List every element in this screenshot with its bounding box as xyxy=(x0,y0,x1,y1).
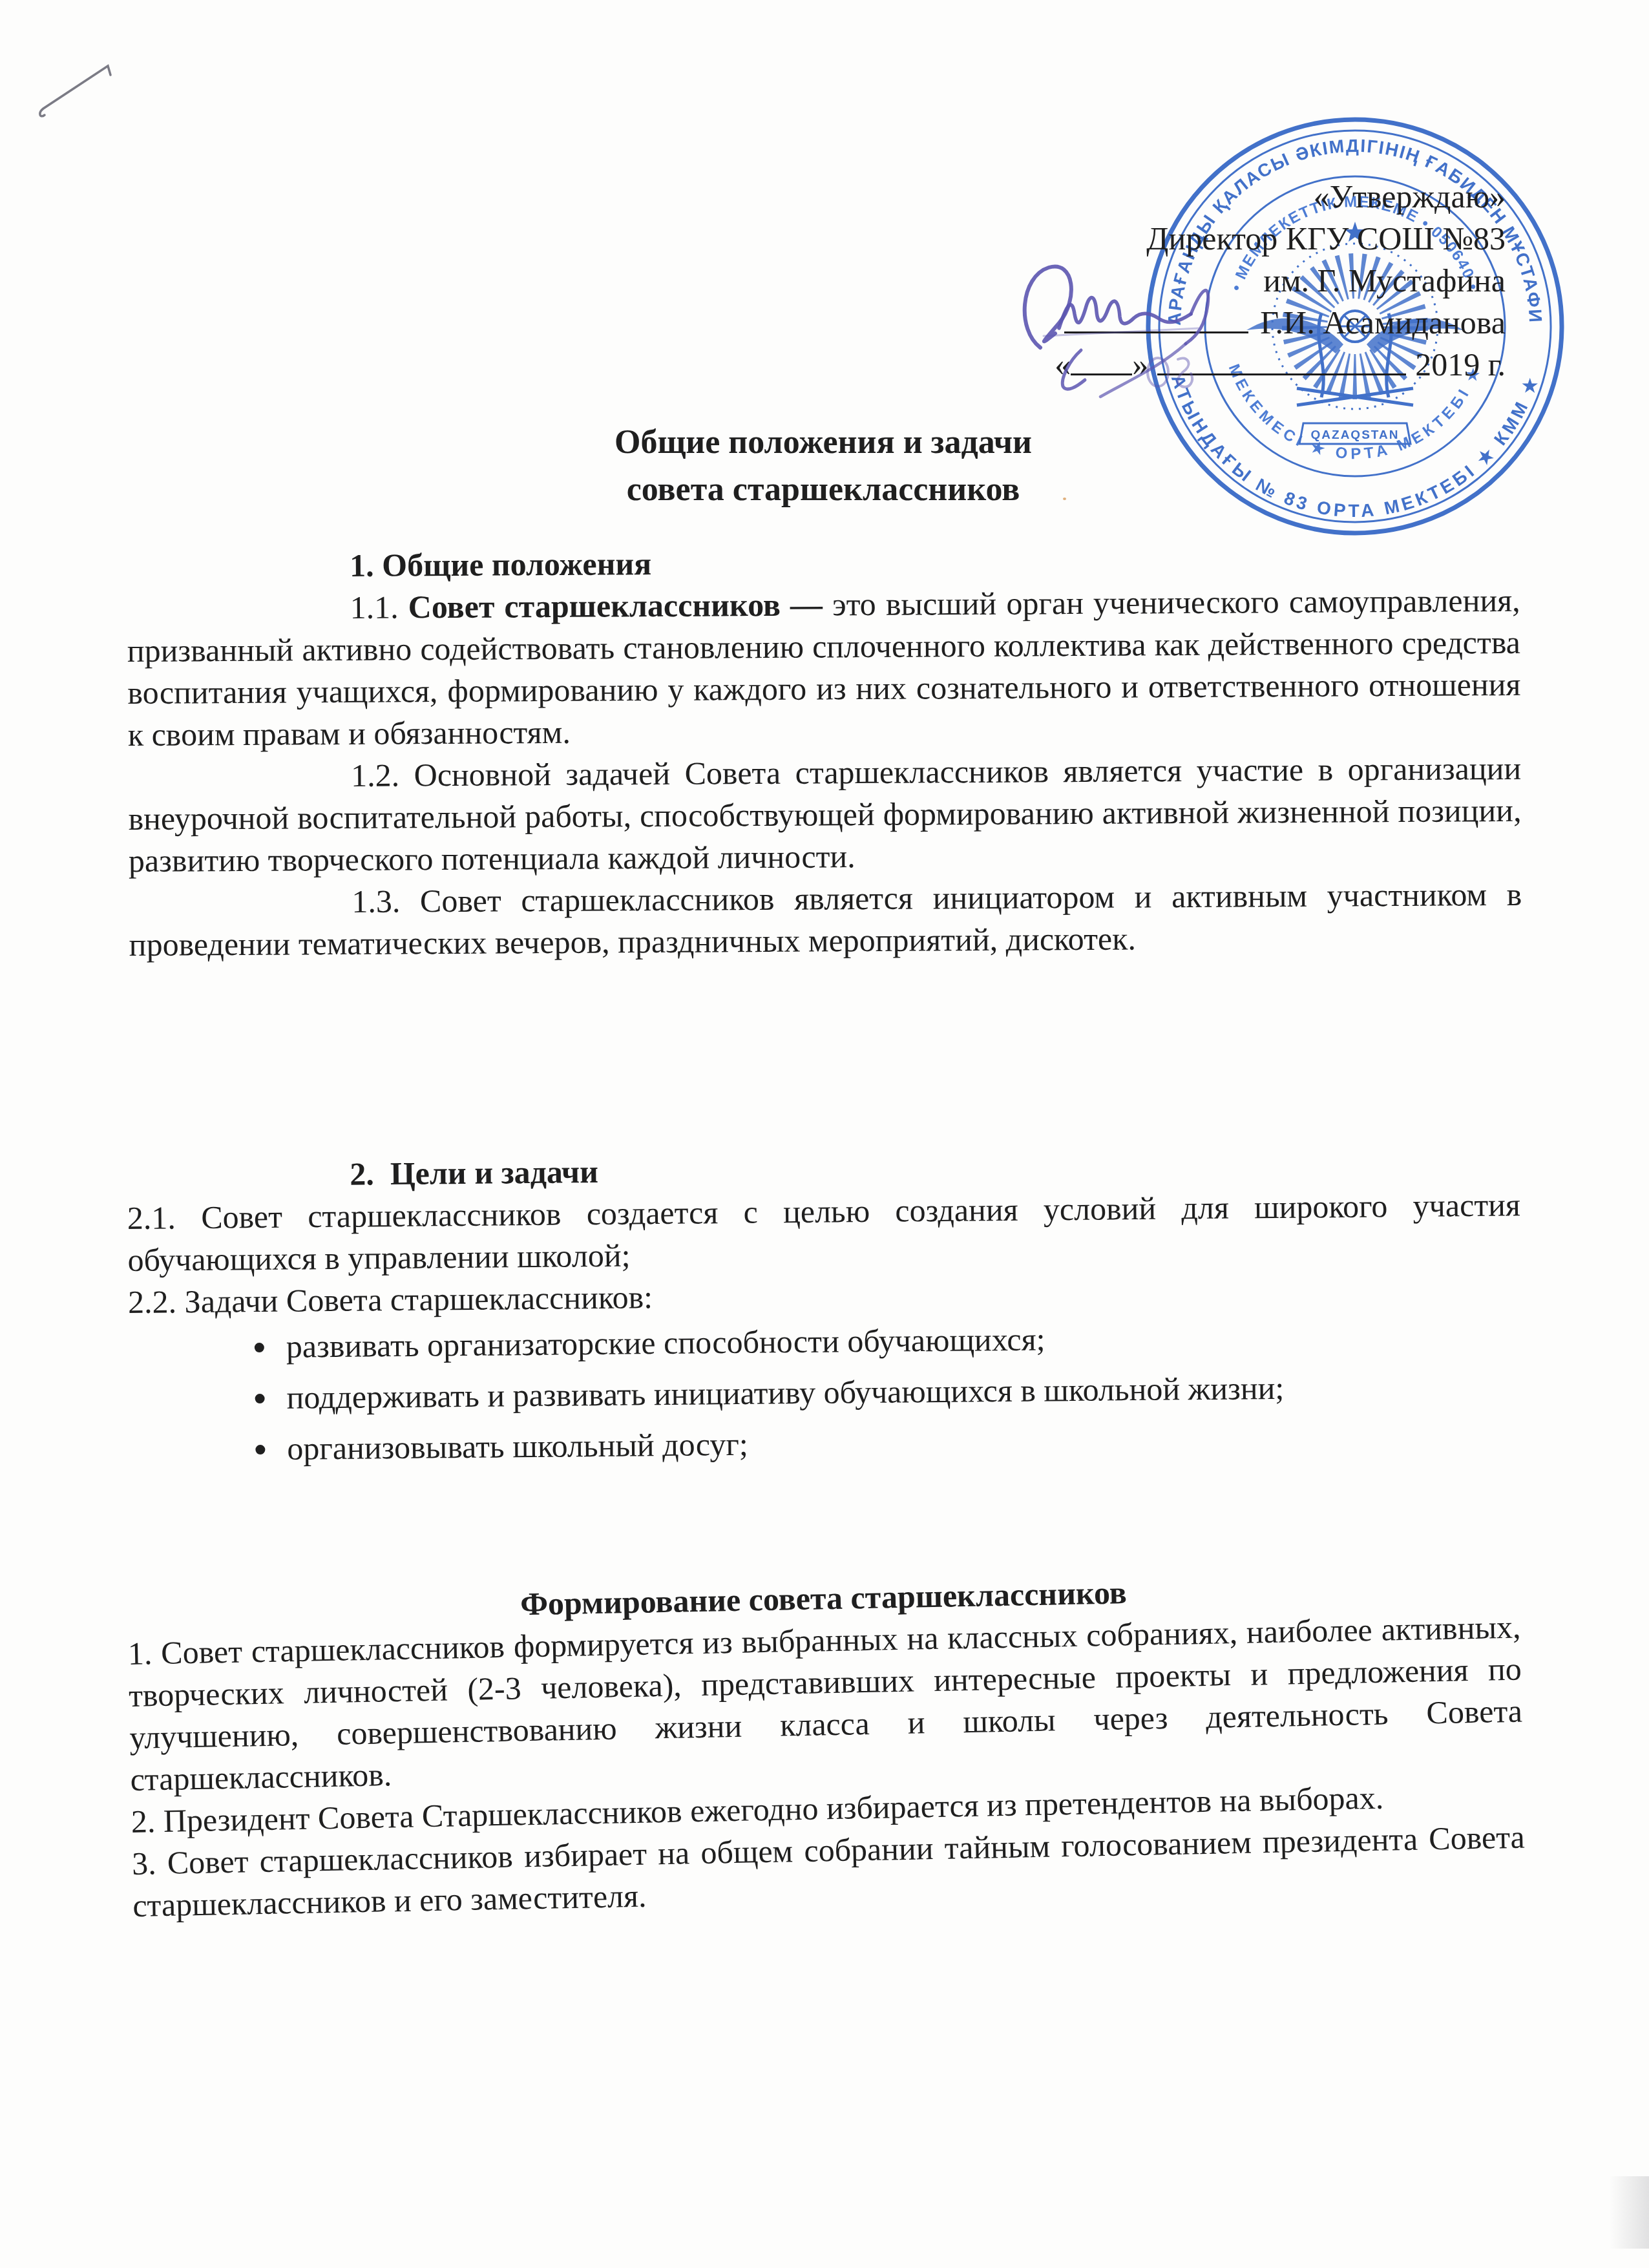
scanned-document-page: ҚАРАҒАНДЫ ҚАЛАСЫ ӘКІМДІГІНІҢ ҒАБИДЕН МҰС… xyxy=(0,0,1649,2268)
section-goals-tasks: 2. Цели и задачи 2.1. Совет старшеклассн… xyxy=(127,1142,1523,1480)
approval-name: Г.И. Асамиданова xyxy=(1260,304,1506,341)
task-item: развивать организаторские способности об… xyxy=(278,1314,1522,1367)
pen-mark xyxy=(36,58,126,123)
paragraph-1-1: 1.1. Совет старшеклассников — это высший… xyxy=(127,580,1521,756)
formation-paragraph-1: 1. Совет старшеклассников формируется из… xyxy=(127,1606,1524,1801)
paragraph-1-2: 1.2. Основной задачей Совета старшекласс… xyxy=(128,748,1522,882)
title-line-2: совета старшеклассников xyxy=(127,466,1520,513)
handwritten-day xyxy=(1062,350,1085,389)
section-formation: Формирование совета старшеклассников 1. … xyxy=(127,1564,1526,1927)
paragraph-1-3: 1.3. Совет старшеклассников является ини… xyxy=(129,874,1522,966)
document-title: Общие положения и задачи совета старшекл… xyxy=(127,419,1520,513)
scan-edge-shadow xyxy=(1609,2176,1649,2249)
title-line-1: Общие положения и задачи xyxy=(127,419,1520,466)
paragraph-1-1-text: это высший орган ученического самоуправл… xyxy=(127,582,1521,753)
paragraph-1-1-number: 1.1. xyxy=(350,589,398,625)
section-general-provisions: 1. Общие положения 1.1. Совет старшеклас… xyxy=(127,538,1522,966)
handwritten-month xyxy=(1148,358,1192,387)
tasks-list: развивать организаторские способности об… xyxy=(129,1314,1523,1471)
task-item: организовывать школьный досуг; xyxy=(279,1416,1523,1469)
approval-word: «Утверждаю» xyxy=(1055,176,1506,218)
task-item: поддерживать и развивать инициативу обуч… xyxy=(278,1365,1522,1418)
date-year: 2019 г. xyxy=(1415,346,1506,383)
director-signature xyxy=(1005,252,1250,420)
paragraph-2-1: 2.1. Совет старшеклассников создается с … xyxy=(127,1184,1521,1281)
paragraph-1-1-lead: Совет старшеклассников — xyxy=(408,586,823,625)
